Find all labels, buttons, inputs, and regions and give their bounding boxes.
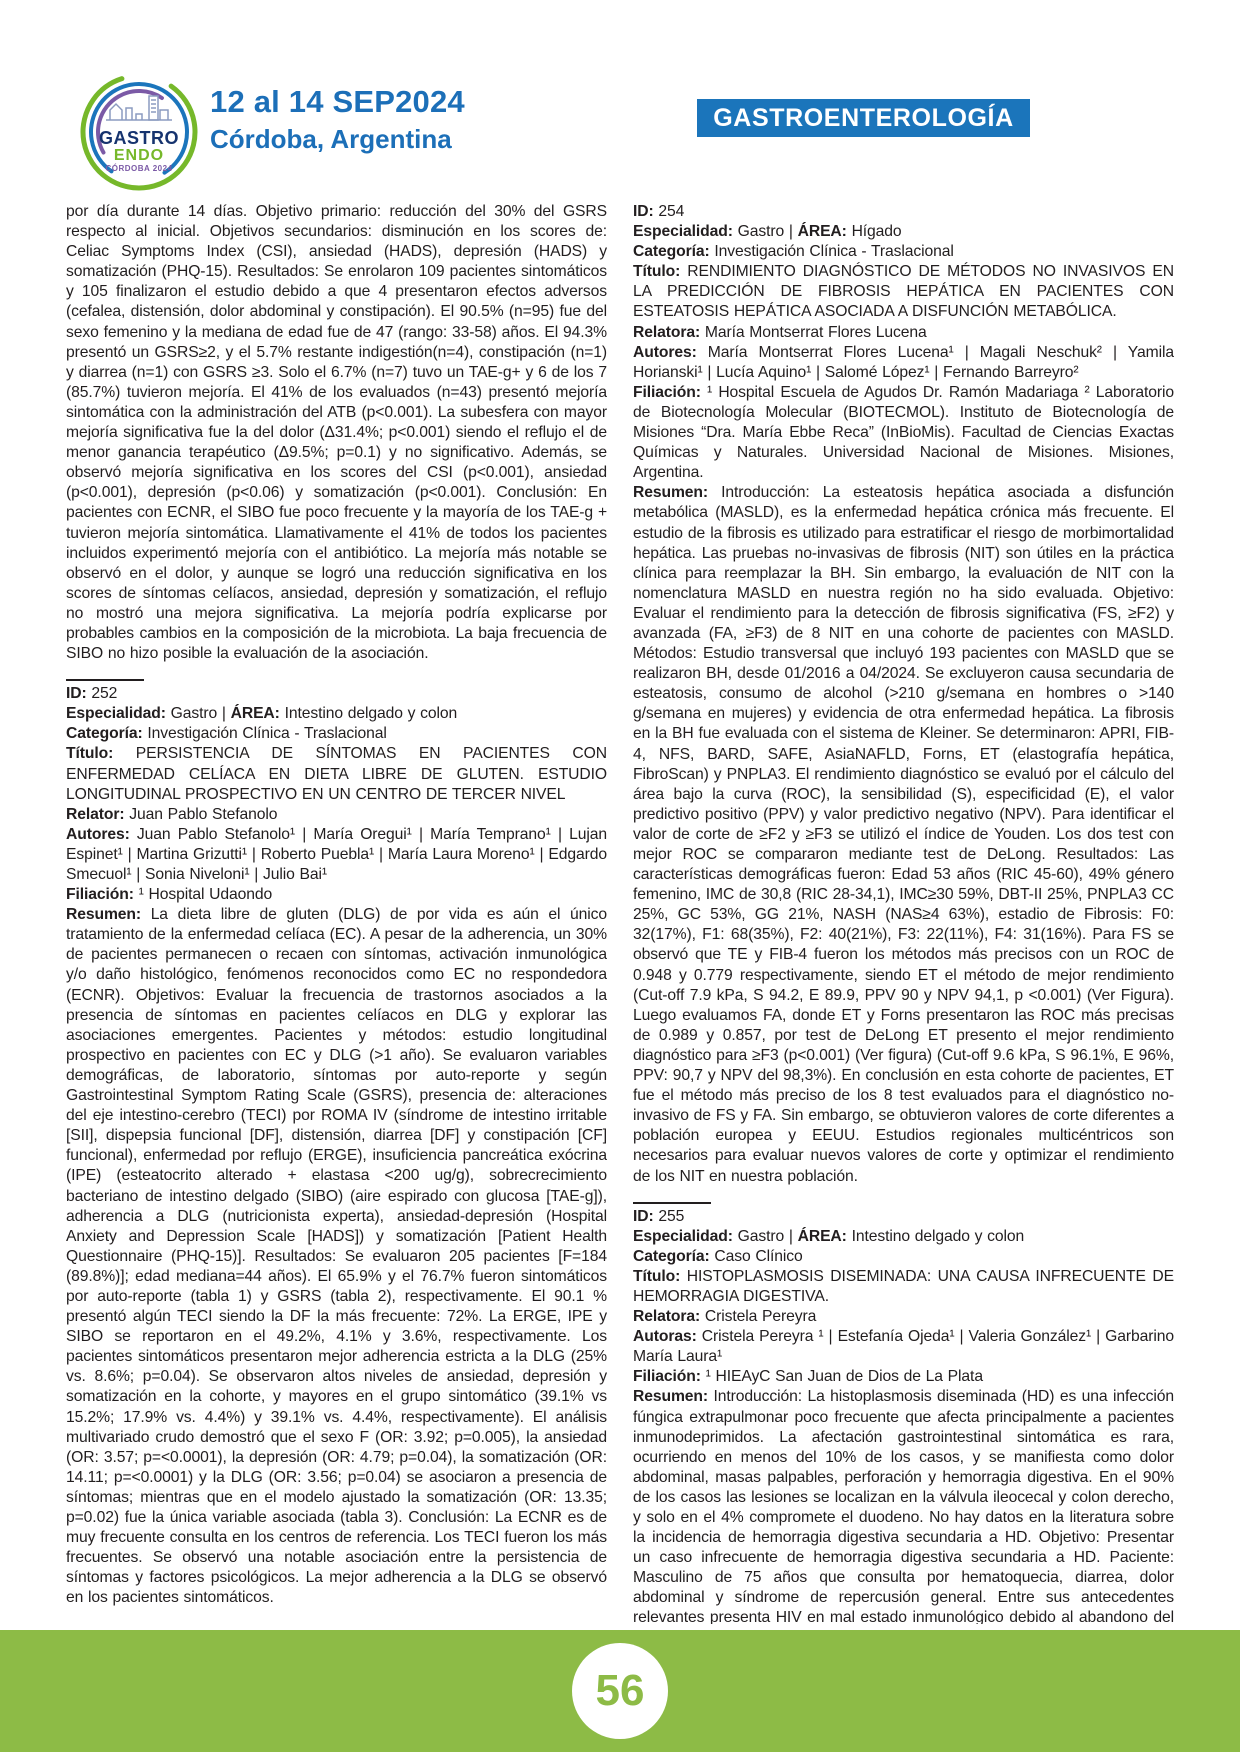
page-number: 56 bbox=[596, 1666, 645, 1716]
event-location: Córdoba, Argentina bbox=[210, 124, 452, 155]
svg-text:ENDO: ENDO bbox=[114, 147, 164, 164]
abstract-affiliation: Filiación: ¹ HIEAyC San Juan de Dios de … bbox=[633, 1367, 1174, 1387]
especialidad-label: Especialidad: bbox=[633, 1228, 733, 1245]
abstract-255: ID: 255 Especialidad: Gastro | ÁREA: Int… bbox=[633, 1207, 1174, 1624]
abstract-specialty: Especialidad: Gastro | ÁREA: Intestino d… bbox=[633, 1227, 1174, 1247]
abstract-affiliation: Filiación: ¹ Hospital Udaondo bbox=[66, 885, 607, 905]
categoria-label: Categoría: bbox=[633, 243, 710, 260]
filiacion-label: Filiación: bbox=[633, 1368, 701, 1385]
id-label: ID: bbox=[633, 1208, 654, 1225]
abstract-category: Categoría: Investigación Clínica - Trasl… bbox=[633, 242, 1174, 262]
abstract-category: Categoría: Investigación Clínica - Trasl… bbox=[66, 724, 607, 744]
filiacion-label: Filiación: bbox=[66, 886, 134, 903]
svg-text:GASTRO: GASTRO bbox=[99, 128, 179, 148]
abstract-specialty: Especialidad: Gastro | ÁREA: Intestino d… bbox=[66, 704, 607, 724]
left-column: por día durante 14 días. Objetivo primar… bbox=[66, 202, 607, 1624]
autores-label: Autores: bbox=[633, 344, 697, 361]
categoria-label: Categoría: bbox=[633, 1248, 710, 1265]
resumen-label: Resumen: bbox=[633, 1388, 708, 1405]
event-dates: 12 al 14 SEP2024 bbox=[210, 84, 465, 120]
abstract-summary: Resumen: La dieta libre de gluten (DLG) … bbox=[66, 905, 607, 1608]
abstract-summary: Resumen: Introducción: La histoplasmosis… bbox=[633, 1387, 1174, 1624]
page-number-circle: 56 bbox=[572, 1643, 668, 1739]
abstract-252: ID: 252 Especialidad: Gastro | ÁREA: Int… bbox=[66, 684, 607, 1608]
pipe-separator: | bbox=[789, 223, 793, 240]
especialidad-label: Especialidad: bbox=[66, 705, 166, 722]
area-label: ÁREA: bbox=[231, 705, 280, 722]
id-label: ID: bbox=[66, 685, 87, 702]
relator-label: Relator: bbox=[66, 806, 124, 823]
abstract-authors: Autores: María Montserrat Flores Lucena¹… bbox=[633, 343, 1174, 383]
especialidad-label: Especialidad: bbox=[633, 223, 733, 240]
abstract-separator bbox=[66, 679, 144, 681]
congress-logo-art: GASTRO ENDO CÓRDOBA 2024 bbox=[76, 70, 202, 194]
abstract-separator bbox=[633, 1202, 711, 1204]
congress-logo: GASTRO ENDO CÓRDOBA 2024 bbox=[76, 70, 202, 194]
autores-label: Autores: bbox=[66, 826, 130, 843]
abstract-category: Categoría: Caso Clínico bbox=[633, 1247, 1174, 1267]
abstract-affiliation: Filiación: ¹ Hospital Escuela de Agudos … bbox=[633, 383, 1174, 483]
id-label: ID: bbox=[633, 203, 654, 220]
abstract-summary: Resumen: Introducción: La esteatosis hep… bbox=[633, 483, 1174, 1186]
abstract-title: Título: RENDIMIENTO DIAGNÓSTICO DE MÉTOD… bbox=[633, 262, 1174, 322]
area-label: ÁREA: bbox=[798, 223, 847, 240]
categoria-label: Categoría: bbox=[66, 725, 143, 742]
titulo-label: Título: bbox=[633, 263, 680, 280]
abstract-id: ID: 255 bbox=[633, 1207, 1174, 1227]
abstract-specialty: Especialidad: Gastro | ÁREA: Hígado bbox=[633, 222, 1174, 242]
pipe-separator: | bbox=[789, 1228, 793, 1245]
resumen-label: Resumen: bbox=[633, 484, 708, 501]
section-badge: GASTROENTEROLOGÍA bbox=[697, 99, 1030, 137]
svg-text:CÓRDOBA 2024: CÓRDOBA 2024 bbox=[105, 164, 172, 173]
abstract-authors: Autores: Juan Pablo Stefanolo¹ | María O… bbox=[66, 825, 607, 885]
relatora-label: Relatora: bbox=[633, 1308, 700, 1325]
titulo-label: Título: bbox=[66, 745, 113, 762]
abstract-book-page: GASTRO ENDO CÓRDOBA 2024 12 al 14 SEP202… bbox=[0, 0, 1240, 1754]
filiacion-label: Filiación: bbox=[633, 384, 701, 401]
right-column: ID: 254 Especialidad: Gastro | ÁREA: Híg… bbox=[633, 202, 1174, 1624]
resumen-label: Resumen: bbox=[66, 906, 141, 923]
area-label: ÁREA: bbox=[798, 1228, 847, 1245]
relatora-label: Relatora: bbox=[633, 324, 700, 341]
pipe-separator: | bbox=[222, 705, 226, 722]
autoras-label: Autoras: bbox=[633, 1328, 697, 1345]
abstract-authors: Autoras: Cristela Pereyra ¹ | Estefanía … bbox=[633, 1327, 1174, 1367]
continuation-paragraph: por día durante 14 días. Objetivo primar… bbox=[66, 202, 607, 664]
titulo-label: Título: bbox=[633, 1268, 680, 1285]
abstract-presenter: Relatora: Cristela Pereyra bbox=[633, 1307, 1174, 1327]
abstract-title: Título: PERSISTENCIA DE SÍNTOMAS EN PACI… bbox=[66, 744, 607, 804]
abstract-presenter: Relator: Juan Pablo Stefanolo bbox=[66, 805, 607, 825]
abstract-254: ID: 254 Especialidad: Gastro | ÁREA: Híg… bbox=[633, 202, 1174, 1187]
abstract-title: Título: HISTOPLASMOSIS DISEMINADA: UNA C… bbox=[633, 1267, 1174, 1307]
abstract-presenter: Relatora: María Montserrat Flores Lucena bbox=[633, 323, 1174, 343]
abstract-id: ID: 254 bbox=[633, 202, 1174, 222]
abstract-id: ID: 252 bbox=[66, 684, 607, 704]
